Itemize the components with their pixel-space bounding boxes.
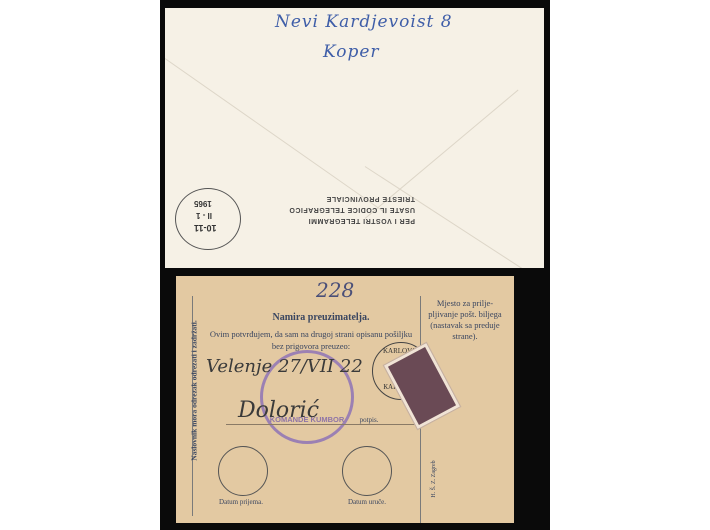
receipt-number: 228 [316, 278, 354, 302]
receipt-card: Naslovnik mora odrezak odrezati i zadrža… [176, 276, 514, 523]
place-date-handwritten: Velenje 27/VII 22 [206, 356, 363, 377]
potpis-label: potpis. [354, 416, 384, 424]
side-instruction: Naslovnik mora odrezak odrezati i zadrža… [190, 291, 199, 491]
trieste-postmark: 1965 II - 1 10-11 [175, 188, 241, 250]
slogan-cancel: TRIESTE PROVINCIALE USATE IL CODICE TELE… [267, 191, 415, 239]
envelope-back: Nevi Kardjevoist 8 Koper 1965 II - 1 10-… [165, 8, 544, 268]
datum-prijema-label: Datum prijema. [206, 498, 276, 506]
datum-uruce-label: Datum uruče. [332, 498, 402, 506]
signature-handwritten: Dolorić [238, 398, 319, 423]
printer-imprint: H. Š. Z. Zagreb [431, 449, 437, 509]
datum-uruce-circle [342, 446, 392, 496]
return-address-line2: Koper [323, 42, 380, 62]
signature-line [226, 424, 416, 425]
receipt-title: Namira preuzimatelja. [226, 312, 416, 323]
stamp-box-instruction: Mjesto za prilje­pljivanje pošt. biljega… [424, 298, 506, 342]
return-address-line1: Nevi Kardjevoist 8 [275, 12, 453, 32]
datum-prijema-circle [218, 446, 268, 496]
